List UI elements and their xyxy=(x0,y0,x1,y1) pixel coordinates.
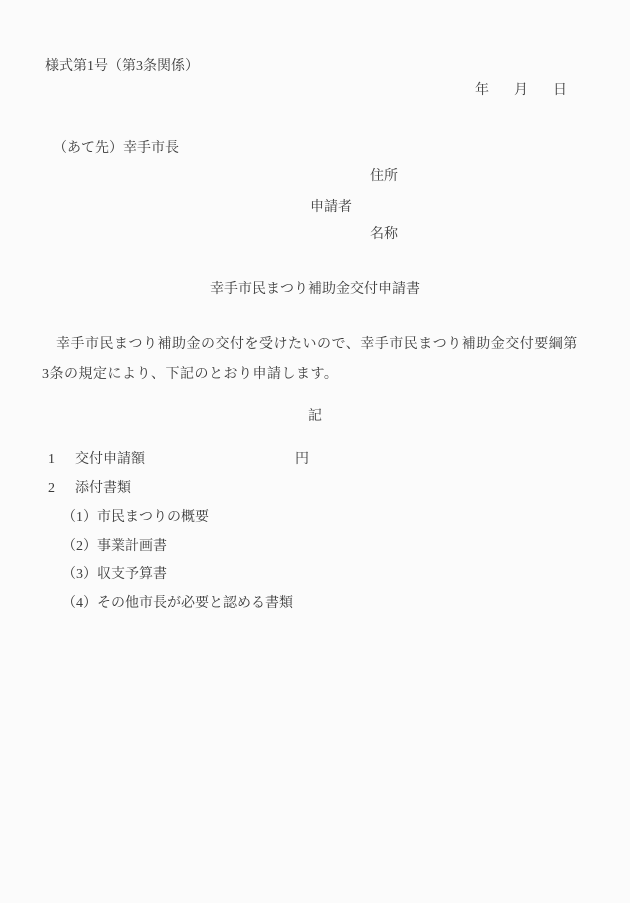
yen-unit-label: 円 xyxy=(295,452,309,468)
list-item-number: 2 xyxy=(48,481,55,497)
body-paragraph: 幸手市民まつり補助金の交付を受けたいので、幸手市民まつり補助金交付要綱第3条の規… xyxy=(42,330,582,390)
date-month-label: 月 xyxy=(514,83,528,99)
form-number: 様式第1号（第3条関係） xyxy=(45,59,199,75)
addressee-line: （あて先）幸手市長 xyxy=(53,141,179,157)
attachment-item-business-plan: （2）事業計画書 xyxy=(62,539,167,555)
date-year-label: 年 xyxy=(475,83,489,99)
date-day-label: 日 xyxy=(553,83,567,99)
applicant-name-label: 名称 xyxy=(370,227,398,243)
document-title: 幸手市民まつり補助金交付申請書 xyxy=(0,282,630,298)
date-line: 年 月 日 xyxy=(475,83,567,99)
list-item-attached-documents: 2 添付書類 xyxy=(0,481,630,498)
attached-documents-label: 添付書類 xyxy=(75,481,131,497)
applicant-address-label: 住所 xyxy=(370,169,398,185)
application-amount-label: 交付申請額 xyxy=(75,452,145,468)
list-item-application-amount: 1 交付申請額 円 xyxy=(0,452,630,469)
document-page: 様式第1号（第3条関係） 年 月 日 （あて先）幸手市長 住所 申請者 名称 幸… xyxy=(0,0,630,903)
list-item-number: 1 xyxy=(48,452,55,468)
applicant-label: 申請者 xyxy=(310,200,352,216)
attachment-item-budget: （3）収支予算書 xyxy=(62,567,167,583)
attachment-item-festival-outline: （1）市民まつりの概要 xyxy=(62,510,209,526)
attachment-item-other-documents: （4）その他市長が必要と認める書類 xyxy=(62,596,293,612)
record-marker: 記 xyxy=(0,409,630,425)
